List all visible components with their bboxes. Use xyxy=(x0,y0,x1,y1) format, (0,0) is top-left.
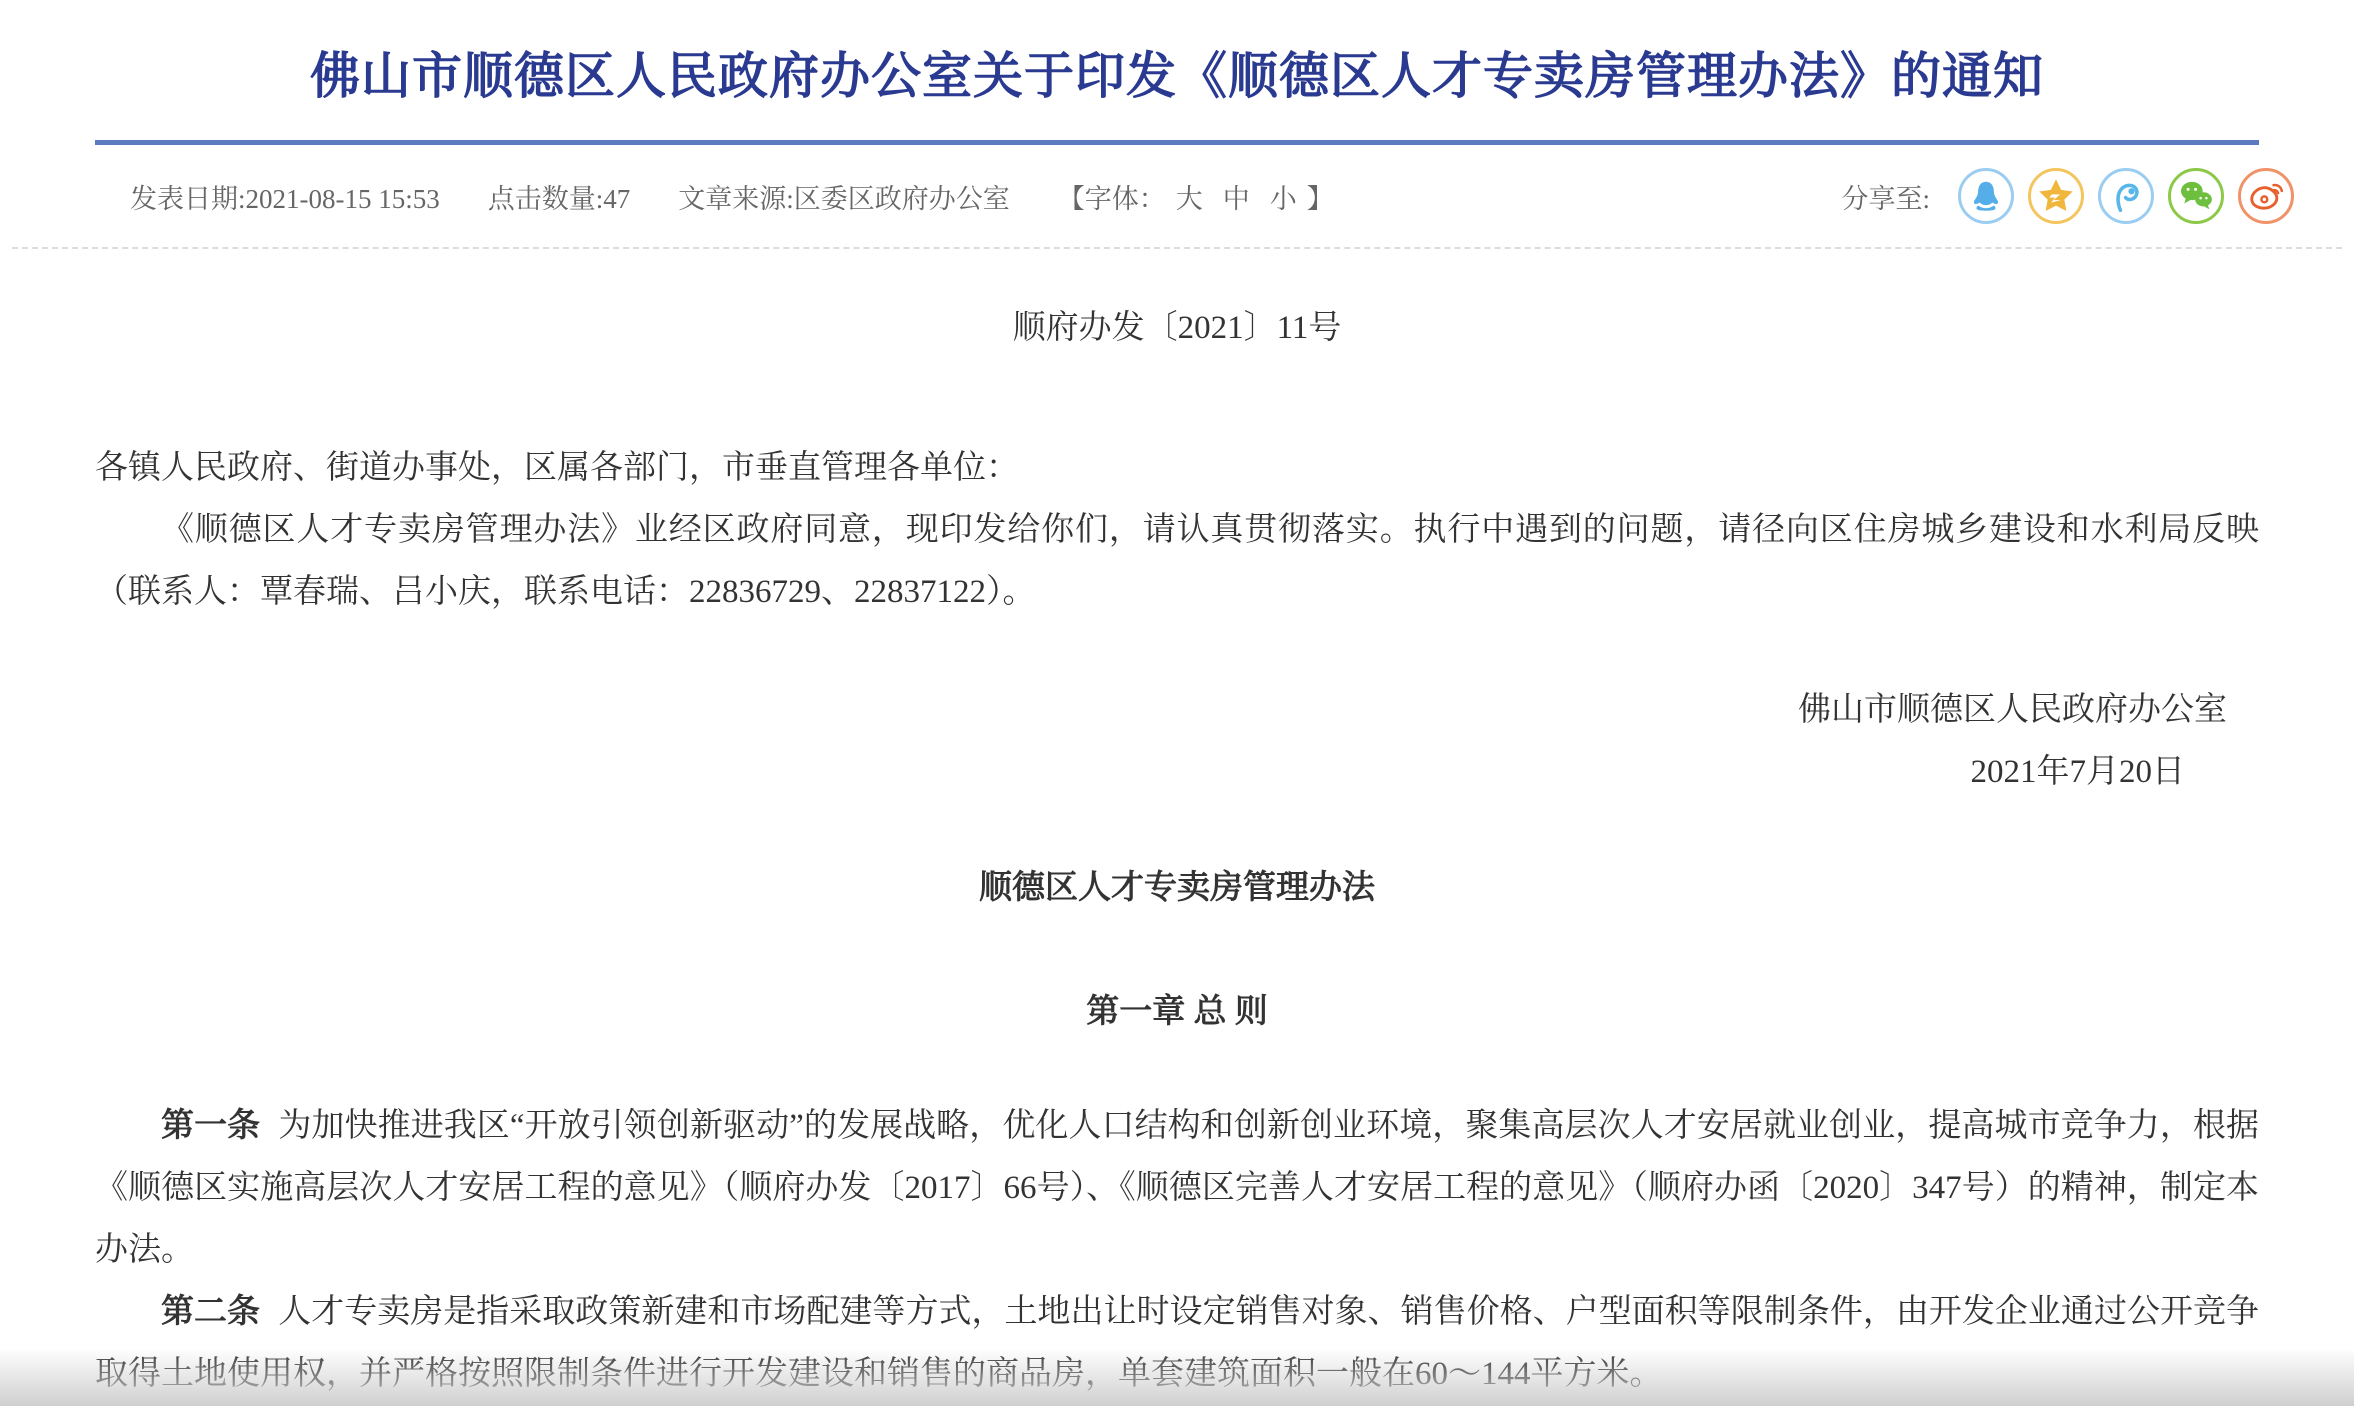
article-2-label: 第二条 xyxy=(161,1294,260,1330)
tencent-weibo-icon[interactable] xyxy=(2098,168,2154,224)
article-2-text: 人才专卖房是指采取政策新建和市场配建等方式，土地出让时设定销售对象、销售价格、户… xyxy=(95,1294,2259,1392)
qzone-icon[interactable] xyxy=(2028,168,2084,224)
share-bar: 分享至: xyxy=(1841,168,2294,224)
sina-weibo-icon[interactable] xyxy=(2238,168,2294,224)
hit-count: 点击数量:47 xyxy=(488,177,631,216)
document-number: 顺府办发〔2021〕11号 xyxy=(95,297,2259,359)
salutation: 各镇人民政府、街道办事处，区属各部门，市垂直管理各单位： xyxy=(95,437,2259,499)
font-switch-prefix: 【字体： xyxy=(1058,177,1166,216)
signature-organization: 佛山市顺德区人民政府办公室 xyxy=(95,679,2259,741)
wechat-icon[interactable] xyxy=(2168,168,2224,224)
articles: 第一条为加快推进我区“开放引领创新驱动”的发展战略，优化人口结构和创新创业环境，… xyxy=(95,1095,2259,1405)
meta-bar: 发表日期:2021-08-15 15:53 点击数量:47 文章来源:区委区政府… xyxy=(130,145,2294,247)
font-switch-suffix: 】 xyxy=(1307,177,1334,216)
chapter-title: 第一章 总 则 xyxy=(95,981,2259,1043)
font-size-small[interactable]: 小 xyxy=(1270,177,1297,216)
qq-icon[interactable] xyxy=(1958,168,2014,224)
document-body: 顺府办发〔2021〕11号 各镇人民政府、街道办事处，区属各部门，市垂直管理各单… xyxy=(95,297,2259,1405)
font-size-switch: 【字体： 大 中 小 】 xyxy=(1058,177,1334,216)
intro-paragraph: 《顺德区人才专卖房管理办法》业经区政府同意，现印发给你们，请认真贯彻落实。执行中… xyxy=(95,499,2259,623)
article-1-label: 第一条 xyxy=(161,1108,260,1144)
font-size-medium[interactable]: 中 xyxy=(1223,177,1250,216)
share-label: 分享至: xyxy=(1841,177,1930,216)
article-paragraph-2: 第二条人才专卖房是指采取政策新建和市场配建等方式，土地出让时设定销售对象、销售价… xyxy=(95,1281,2259,1405)
dashed-divider xyxy=(12,247,2342,249)
article-paragraph-1: 第一条为加快推进我区“开放引领创新驱动”的发展战略，优化人口结构和创新创业环境，… xyxy=(95,1095,2259,1281)
page-title: 佛山市顺德区人民政府办公室关于印发《顺德区人才专卖房管理办法》的通知 xyxy=(0,36,2354,108)
article-1-text: 为加快推进我区“开放引领创新驱动”的发展战略，优化人口结构和创新创业环境，聚集高… xyxy=(95,1108,2259,1268)
article-source: 文章来源:区委区政府办公室 xyxy=(678,177,1010,216)
signature-date: 2021年7月20日 xyxy=(95,741,2259,803)
font-size-large[interactable]: 大 xyxy=(1176,177,1203,216)
measure-title: 顺德区人才专卖房管理办法 xyxy=(95,857,2259,919)
publish-date: 发表日期:2021-08-15 15:53 xyxy=(130,177,440,216)
